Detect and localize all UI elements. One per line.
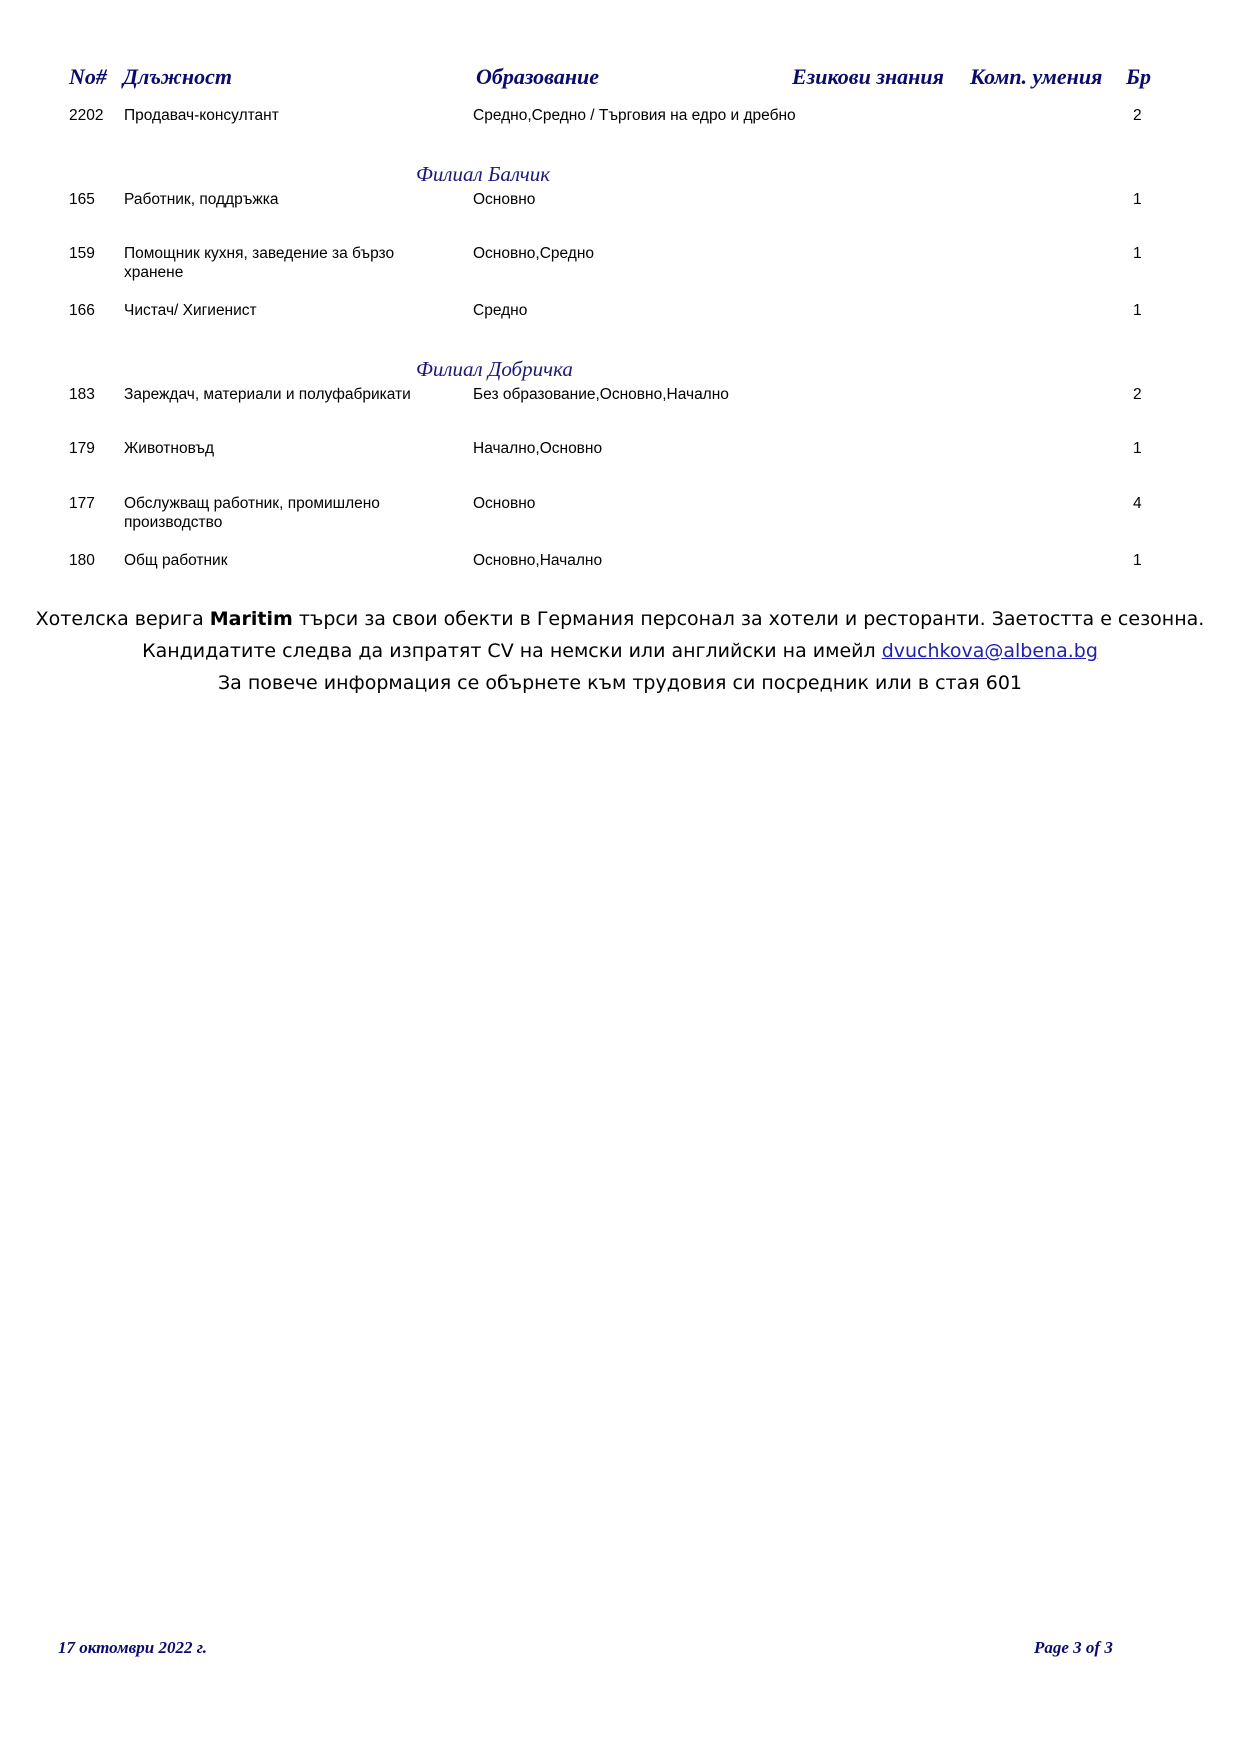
row-position: Работник, поддръжка: [124, 190, 279, 209]
row-count: 1: [1133, 301, 1142, 320]
column-header-count: Бр: [1126, 64, 1151, 90]
row-count: 2: [1133, 385, 1142, 404]
notice-text: Хотелска верига: [36, 608, 210, 630]
row-no: 165: [69, 190, 95, 209]
row-education: Основно,Средно: [473, 244, 594, 263]
row-position: Обслужващ работник, промишлено производс…: [124, 494, 414, 532]
column-header-no: No#: [69, 64, 107, 90]
notice-line-3: За повече информация се обърнете към тру…: [0, 672, 1240, 694]
row-count: 1: [1133, 551, 1142, 570]
row-education: Основно: [473, 190, 535, 209]
row-position: Чистач/ Хигиенист: [124, 301, 257, 320]
row-no: 183: [69, 385, 95, 404]
row-education: Средно: [473, 301, 527, 320]
row-no: 166: [69, 301, 95, 320]
column-header-position: Длъжност: [123, 64, 232, 90]
row-education: Начално,Основно: [473, 439, 602, 458]
row-position: Общ работник: [124, 551, 228, 570]
footer-date: 17 октомври 2022 г.: [58, 1638, 207, 1658]
row-no: 179: [69, 439, 95, 458]
row-count: 1: [1133, 244, 1142, 263]
row-count: 4: [1133, 494, 1142, 513]
row-no: 159: [69, 244, 95, 263]
notice-text: Кандидатите следва да изпратят CV на нем…: [142, 640, 882, 662]
branch-heading: Филиал Балчик: [416, 162, 550, 187]
row-education: Без образование,Основно,Начално: [473, 385, 729, 404]
branch-heading: Филиал Добричка: [416, 357, 573, 382]
row-education: Основно,Начално: [473, 551, 602, 570]
column-header-education: Образование: [476, 64, 599, 90]
row-no: 180: [69, 551, 95, 570]
row-position: Животновъд: [124, 439, 214, 458]
row-position: Продавач-консултант: [124, 106, 279, 125]
page-number: Page 3 of 3: [1034, 1638, 1113, 1658]
row-no: 177: [69, 494, 95, 513]
notice-text: търси за свои обекти в Германия персонал…: [293, 608, 1205, 630]
row-education: Средно,Средно / Търговия на едро и дребн…: [473, 106, 796, 125]
row-count: 1: [1133, 190, 1142, 209]
column-header-computer-skills: Комп. умения: [970, 64, 1102, 90]
row-education: Основно: [473, 494, 535, 513]
company-name: Maritim: [210, 608, 293, 630]
row-position: Зареждач, материали и полуфабрикати: [124, 385, 411, 404]
notice-line-2: Кандидатите следва да изпратят CV на нем…: [0, 640, 1240, 662]
column-header-languages: Езикови знания: [792, 64, 944, 90]
row-no: 2202: [69, 106, 103, 125]
email-link[interactable]: dvuchkova@albena.bg: [882, 640, 1098, 662]
notice-line-1: Хотелска верига Maritim търси за свои об…: [0, 608, 1240, 630]
row-position: Помощник кухня, заведение за бързо хране…: [124, 244, 434, 282]
row-count: 2: [1133, 106, 1142, 125]
row-count: 1: [1133, 439, 1142, 458]
